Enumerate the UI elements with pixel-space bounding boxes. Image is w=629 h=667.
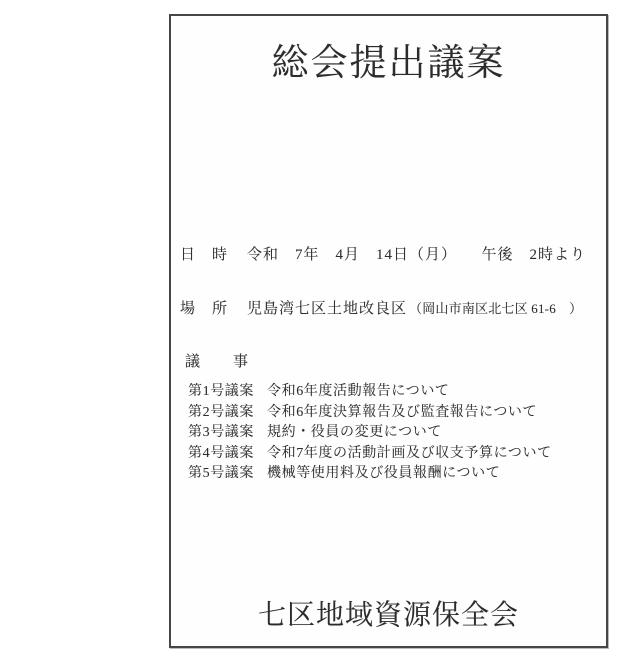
agenda-item-number: 第4号議案 (188, 444, 254, 465)
agenda-item-text: 令和6年度活動報告について (267, 382, 450, 403)
place-address-note: （岡山市南区北七区 61-6 ） (409, 298, 582, 317)
agenda-item: 第5号議案 機械等使用料及び役員報酬について (188, 464, 552, 485)
agenda-list: 第1号議案 令和6年度活動報告について 第2号議案 令和6年度決算報告及び監査報… (188, 382, 552, 485)
document-page: 総会提出議案 日 時 令和 7年 4月 14日（月） 午後 2時より 場 所 児… (169, 14, 608, 648)
organization-name: 七区地域資源保全会 (171, 593, 606, 633)
agenda-item-number: 第2号議案 (188, 403, 254, 424)
place-row: 場 所 児島湾七区土地改良区 （岡山市南区北七区 61-6 ） (180, 297, 582, 318)
agenda-item-text: 規約・役員の変更について (267, 423, 442, 444)
datetime-row: 日 時 令和 7年 4月 14日（月） 午後 2時より (180, 243, 586, 264)
document-title: 総会提出議案 (171, 32, 606, 86)
place-label: 場 所 (180, 297, 247, 318)
agenda-item: 第2号議案 令和6年度決算報告及び監査報告について (188, 403, 552, 424)
datetime-value: 令和 7年 4月 14日（月） 午後 2時より (247, 243, 586, 264)
datetime-label: 日 時 (180, 243, 247, 264)
agenda-item-text: 令和7年度の活動計画及び収支予算について (267, 444, 552, 465)
agenda-item-number: 第3号議案 (188, 423, 254, 444)
place-value: 児島湾七区土地改良区 (247, 297, 407, 318)
scanned-document-canvas: 総会提出議案 日 時 令和 7年 4月 14日（月） 午後 2時より 場 所 児… (0, 0, 629, 667)
agenda-item: 第4号議案 令和7年度の活動計画及び収支予算について (188, 444, 552, 465)
agenda-item-text: 令和6年度決算報告及び監査報告について (267, 403, 537, 424)
agenda-heading: 議 事 (185, 350, 249, 371)
agenda-item-number: 第1号議案 (188, 382, 254, 403)
agenda-item-number: 第5号議案 (188, 464, 254, 485)
agenda-item-text: 機械等使用料及び役員報酬について (267, 464, 500, 485)
agenda-item: 第1号議案 令和6年度活動報告について (188, 382, 552, 403)
agenda-item: 第3号議案 規約・役員の変更について (188, 423, 552, 444)
